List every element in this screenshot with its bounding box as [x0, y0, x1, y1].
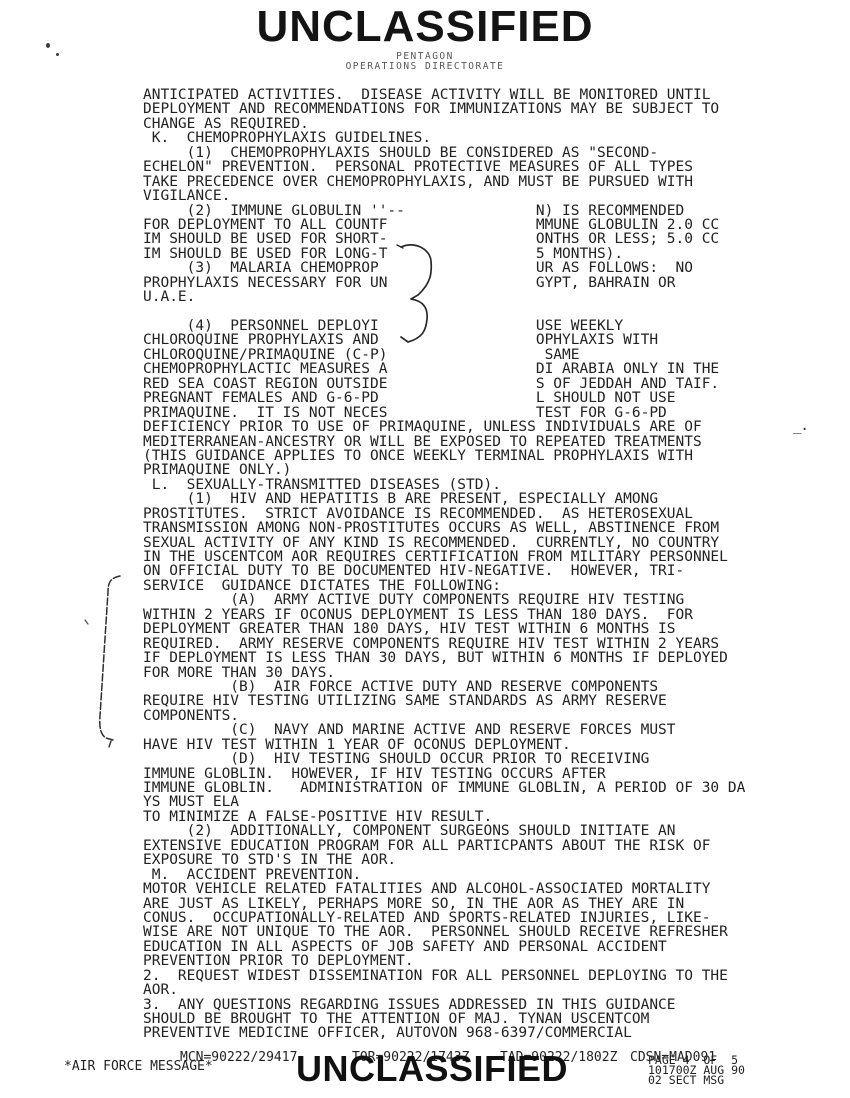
text-line: VIGILANCE. — [143, 189, 745, 203]
text-line: SEXUAL ACTIVITY OF ANY KIND IS RECOMMEND… — [143, 536, 745, 550]
text-line: MOTOR VEHICLE RELATED FATALITIES AND ALC… — [143, 882, 745, 896]
text-line: CHLOROQUINE PROPHYLAXIS AND OPHYLAXIS WI… — [143, 333, 745, 347]
text-line: IM SHOULD BE USED FOR SHORT- ONTHS OR LE… — [143, 232, 745, 246]
text-line: REQUIRED. ARMY RESERVE COMPONENTS REQUIR… — [143, 637, 745, 651]
mcn-field: MCN=90222/29417 — [180, 1050, 297, 1065]
document-page: UNCLASSIFIED PENTAGON OPERATIONS DIRECTO… — [0, 0, 850, 1098]
text-line: EXPOSURE TO STD'S IN THE AOR. — [143, 853, 745, 867]
text-line: DEFICIENCY PRIOR TO USE OF PRIMAQUINE, U… — [143, 420, 745, 434]
text-line: SERVICE GUIDANCE DICTATES THE FOLLOWING: — [143, 579, 745, 593]
text-line: CHEMOPROPHYLACTIC MEASURES A DI ARABIA O… — [143, 362, 745, 376]
scan-speck — [46, 43, 50, 48]
top-classification-banner: UNCLASSIFIED — [256, 2, 593, 52]
text-line: COMPONENTS. — [143, 709, 745, 723]
text-line: 2. REQUEST WIDEST DISSEMINATION FOR ALL … — [143, 969, 745, 983]
text-line: SHOULD BE BROUGHT TO THE ATTENTION OF MA… — [143, 1012, 745, 1026]
text-line: (A) ARMY ACTIVE DUTY COMPONENTS REQUIRE … — [143, 593, 745, 607]
text-line: K. CHEMOPROPHYLAXIS GUIDELINES. — [143, 131, 745, 145]
text-line: (D) HIV TESTING SHOULD OCCUR PRIOR TO RE… — [143, 752, 745, 766]
section-info: 02 SECT MSG — [648, 1073, 724, 1087]
scan-artifact — [594, 27, 610, 49]
text-line: YS MUST ELA — [143, 795, 745, 809]
text-line: IM SHOULD BE USED FOR LONG-T 5 MONTHS). — [143, 247, 745, 261]
bottom-classification-banner: UNCLASSIFIED — [296, 1048, 568, 1090]
text-line: PROSTITUTES. STRICT AVOIDANCE IS RECOMME… — [143, 507, 745, 521]
text-line: IF DEPLOYMENT IS LESS THAN 30 DAYS, BUT … — [143, 651, 745, 665]
scan-speck — [56, 53, 59, 56]
text-line: PREGNANT FEMALES AND G-6-PD L SHOULD NOT… — [143, 391, 745, 405]
text-line: ECHELON" PREVENTION. PERSONAL PROTECTIVE… — [143, 160, 745, 174]
text-line: EDUCATION IN ALL ASPECTS OF JOB SAFETY A… — [143, 940, 745, 954]
text-line: ANTICIPATED ACTIVITIES. DISEASE ACTIVITY… — [143, 88, 745, 102]
text-line: M. ACCIDENT PREVENTION. — [143, 868, 745, 882]
text-line: PREVENTION PRIOR TO DEPLOYMENT. — [143, 954, 745, 968]
text-line — [143, 305, 745, 319]
text-line: IMMUNE GLOBLIN. ADMINISTRATION OF IMMUNE… — [143, 781, 745, 795]
text-line: MEDITERRANEAN-ANCESTRY OR WILL BE EXPOSE… — [143, 435, 745, 449]
text-line: (2) ADDITIONALLY, COMPONENT SURGEONS SHO… — [143, 824, 745, 838]
text-line: AOR. — [143, 983, 745, 997]
text-line: (2) IMMUNE GLOBULIN ''-- N) IS RECOMMEND… — [143, 204, 745, 218]
text-line: (1) HIV AND HEPATITIS B ARE PRESENT, ESP… — [143, 492, 745, 506]
text-line: (4) PERSONNEL DEPLOYI USE WEEKLY — [143, 319, 745, 333]
text-line: WITHIN 2 YEARS IF OCONUS DEPLOYMENT IS L… — [143, 608, 745, 622]
text-line: (1) CHEMOPROPHYLAXIS SHOULD BE CONSIDERE… — [143, 146, 745, 160]
text-line: L. SEXUALLY-TRANSMITTED DISEASES (STD). — [143, 478, 745, 492]
text-line: DEPLOYMENT GREATER THAN 180 DAYS, HIV TE… — [143, 622, 745, 636]
text-line: CHANGE AS REQUIRED. — [143, 117, 745, 131]
text-line: TAKE PRECEDENCE OVER CHEMOPROPHYLAXIS, A… — [143, 175, 745, 189]
text-line: U.A.E. — [143, 290, 745, 304]
text-line: FOR MORE THAN 30 DAYS. — [143, 666, 745, 680]
text-line: PREVENTIVE MEDICINE OFFICER, AUTOVON 968… — [143, 1026, 745, 1040]
text-line: (C) NAVY AND MARINE ACTIVE AND RESERVE F… — [143, 723, 745, 737]
text-line: 3. ANY QUESTIONS REGARDING ISSUES ADDRES… — [143, 998, 745, 1012]
text-line: IN THE USCENTCOM AOR REQUIRES CERTIFICAT… — [143, 550, 745, 564]
text-line: (THIS GUIDANCE APPLIES TO ONCE WEEKLY TE… — [143, 449, 745, 463]
text-line: EXTENSIVE EDUCATION PROGRAM FOR ALL PART… — [143, 839, 745, 853]
text-line: PRIMAQUINE ONLY.) — [143, 463, 745, 477]
text-line: RED SEA COAST REGION OUTSIDE S OF JEDDAH… — [143, 377, 745, 391]
handwritten-margin-bracket — [80, 570, 130, 752]
text-line: ON OFFICIAL DUTY TO BE DOCUMENTED HIV-NE… — [143, 564, 745, 578]
text-line: CHLOROQUINE/PRIMAQUINE (C-P) SAME — [143, 348, 745, 362]
text-line: PROPHYLAXIS NECESSARY FOR UN GYPT, BAHRA… — [143, 276, 745, 290]
text-line: IMMUNE GLOBLIN. HOWEVER, IF HIV TESTING … — [143, 767, 745, 781]
text-line: HAVE HIV TEST WITHIN 1 YEAR OF OCONUS DE… — [143, 738, 745, 752]
scan-artifact — [249, 8, 258, 26]
margin-stray-mark: _. — [793, 418, 808, 434]
text-line: (3) MALARIA CHEMOPROP UR AS FOLLOWS: NO — [143, 261, 745, 275]
text-line: TRANSMISSION AMONG NON-PROSTITUTES OCCUR… — [143, 521, 745, 535]
text-line: (B) AIR FORCE ACTIVE DUTY AND RESERVE CO… — [143, 680, 745, 694]
text-line: REQUIRE HIV TESTING UTILIZING SAME STAND… — [143, 694, 745, 708]
text-line: WISE ARE NOT UNIQUE TO THE AOR. PERSONNE… — [143, 925, 745, 939]
text-line: ARE JUST AS LIKELY, PERHAPS MORE SO, IN … — [143, 897, 745, 911]
text-line: FOR DEPLOYMENT TO ALL COUNTF MMUNE GLOBU… — [143, 218, 745, 232]
message-body-text: ANTICIPATED ACTIVITIES. DISEASE ACTIVITY… — [143, 88, 745, 1041]
text-line: DEPLOYMENT AND RECOMMENDATIONS FOR IMMUN… — [143, 102, 745, 116]
text-line: CONUS. OCCUPATIONALLY-RELATED AND SPORTS… — [143, 911, 745, 925]
text-line: PRIMAQUINE. IT IS NOT NECES TEST FOR G-6… — [143, 406, 745, 420]
text-line: TO MINIMIZE A FALSE-POSITIVE HIV RESULT. — [143, 810, 745, 824]
agency-directorate: OPERATIONS DIRECTORATE — [346, 61, 505, 72]
